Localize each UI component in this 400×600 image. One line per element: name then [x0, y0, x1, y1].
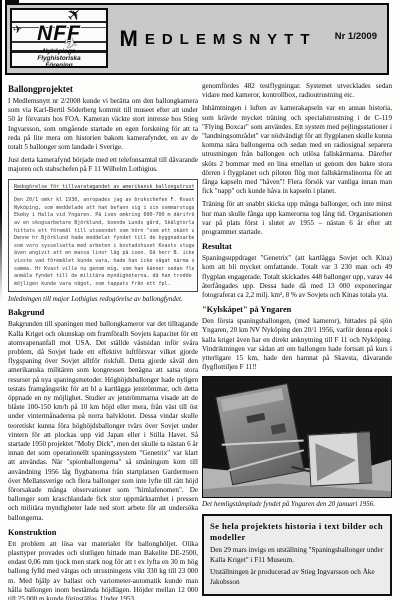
logo-acronym: NFF	[12, 22, 106, 46]
photo-box-side	[357, 433, 373, 484]
issue-number: Nr 1/2009	[335, 31, 377, 42]
report-line: även angivit att en massa linor låg på i…	[14, 250, 194, 258]
exhibition-announcement-box: Se hela projektets historia i text bilde…	[202, 514, 392, 596]
newsletter-masthead: ✈ ✈ ✈ NFF Nyköpings Flyghistoriska Fören…	[5, 3, 389, 75]
continuation-paragraph-1: genomfördes 482 testflygningar. Systemet…	[202, 82, 392, 100]
typewritten-report-excerpt: Redogörelse för tillvaratagandet av amer…	[8, 179, 198, 293]
intro-paragraph-2: Just detta kamerafynd började med ett te…	[8, 156, 198, 174]
org-name: Nyköpings Flyghistoriska Förening	[12, 48, 106, 68]
newsletter-title-rest: EDLEMSNYTT	[145, 31, 317, 48]
right-column: genomfördes 482 testflygningar. Systemet…	[202, 82, 392, 600]
report-line: som voro sysselsatta med arbeten i bosta…	[14, 243, 194, 251]
kylskapet-paragraph: Den första spaningsballongen, (med kamer…	[202, 317, 392, 372]
bakgrund-paragraph: Bakgrunden till spaningen med ballongkam…	[8, 320, 198, 522]
announcement-line-2: Utställningen är producerad av Stieg Ing…	[210, 568, 384, 587]
newsletter-title-initial: M	[120, 26, 145, 52]
report-line: av en skogsarbetare Björklund, boende Lu…	[14, 220, 194, 228]
photo-box-marking	[315, 442, 357, 482]
balloon-find-photo	[202, 376, 392, 498]
continuation-paragraph-3: Träning för att snabbt skicka upp många …	[202, 200, 392, 237]
report-line: Den 20/1 omkr kl 1930, anropades jag av …	[14, 197, 194, 205]
announcement-title: Se hela projektets historia i text bilde…	[210, 521, 384, 543]
announcement-line-1: Den 29 mars invigs en utställning "Spani…	[210, 546, 384, 565]
intro-paragraph-1: I Medlemsnytt nr 2/2008 kunde vi berätta…	[8, 97, 198, 152]
konstruktion-paragraph: Ett problem att lösa var materialet för …	[8, 540, 198, 600]
report-line: Ekeby i Halla vid Yngaren. På isen omkri…	[14, 212, 194, 220]
photo-capsule-strap	[222, 440, 304, 446]
newsletter-title: MEDLEMSNYTT	[115, 5, 321, 73]
report-line: visste vad föremålet kunde vara, hade ha…	[14, 258, 194, 266]
report-title: Redogörelse för tillvaratagandet av amer…	[14, 184, 194, 192]
left-column: Ballongprojektet I Medlemsnytt nr 2/2008…	[8, 82, 198, 600]
photo-capsule-strap	[228, 450, 304, 472]
report-line: Nyköping, som meddelade att han befann s…	[14, 205, 194, 213]
section-heading-konstruktion: Konstruktion	[8, 527, 198, 539]
org-name-line3: Förening	[12, 62, 106, 68]
continuation-paragraph-2: Inhämtningen i luften av kamerakapseln v…	[202, 104, 392, 196]
article-heading: Ballongprojektet	[8, 83, 198, 95]
photo-capsule-top	[221, 389, 284, 413]
section-heading-kylskapet: "Kylskåpet" på Yngaren	[202, 304, 392, 316]
nff-logo: ✈ ✈ ✈ NFF Nyköpings Flyghistoriska Fören…	[10, 8, 108, 68]
scan-edge-line	[0, 0, 2, 300]
section-heading-resultat: Resultat	[202, 241, 392, 253]
report-line: hittats ett föremål till utseendet som h…	[14, 228, 194, 236]
resultat-paragraph: Spaningsuppdraget "Genetrix" (att kartlä…	[202, 254, 392, 300]
report-line: Denne hr Björklund hade meddelat fyndet …	[14, 235, 194, 243]
photo-equipment-box	[308, 432, 373, 487]
photo-camera-capsule	[215, 383, 305, 485]
report-line: anmäla fyndet till de militära myndighet…	[14, 273, 194, 281]
photo-caption: Det hemligstämplade fyndet på Yngaren de…	[202, 499, 392, 509]
report-line: möjligen kunde vara något, som tappats f…	[14, 281, 194, 289]
report-caption: Inledningen till major Lothigius redogör…	[8, 294, 198, 304]
section-heading-bakgrund: Bakgrund	[8, 307, 198, 319]
org-name-line1: Nyköpings	[12, 48, 106, 55]
photo-capsule-slot	[271, 424, 286, 436]
photo-capsule-slot	[246, 413, 265, 423]
report-line: samma. Hr Kvast ville nu genom mig, som …	[14, 266, 194, 274]
org-name-line2: Flyghistoriska	[12, 55, 106, 62]
